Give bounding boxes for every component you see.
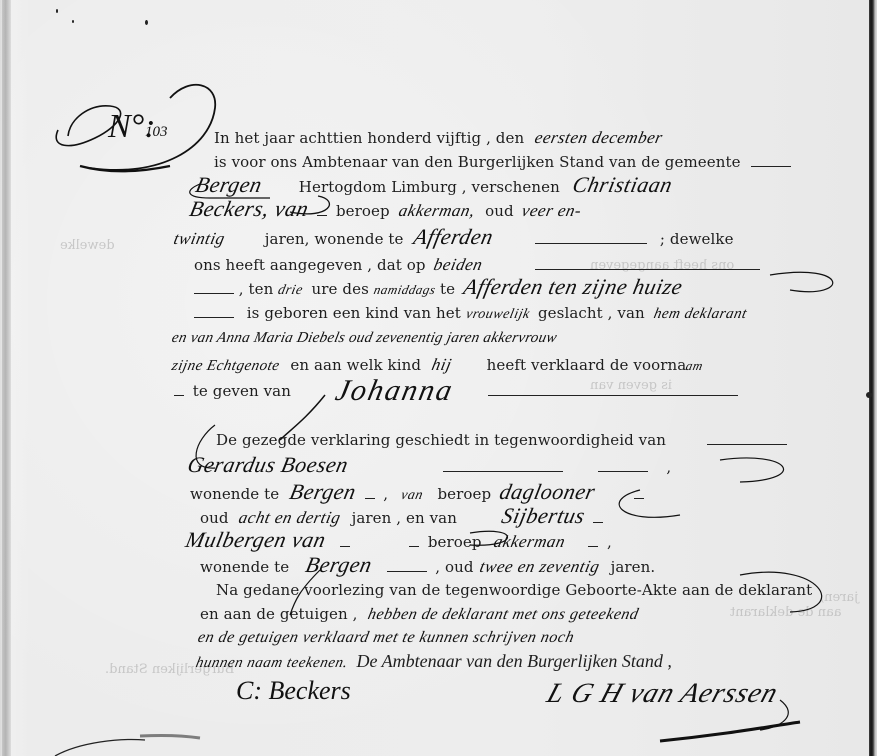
blank-line bbox=[488, 385, 738, 396]
handwritten-witness-1: Gerardus Boesen bbox=[186, 456, 410, 474]
text-line: en de getuigen verklaard met te kunnen s… bbox=[198, 628, 574, 647]
handwritten-witness-1-age: acht en dertig bbox=[237, 509, 342, 527]
text-line: wonende te Bergen , oud twee en zeventig… bbox=[200, 556, 655, 576]
handwritten-pronoun: hij bbox=[430, 356, 474, 374]
blank-line bbox=[387, 561, 427, 572]
text-line: De gezegde verklaring geschiedt in tegen… bbox=[216, 431, 787, 449]
show-through-text: jaren, bbox=[820, 590, 858, 605]
handwritten-father-surname: Beckers, van bbox=[188, 200, 310, 218]
handwritten-closing: hunnen naam teekenen. bbox=[194, 654, 350, 672]
handwritten-witness-2-occupation: akkerman bbox=[492, 533, 567, 551]
handwritten-date: eersten december bbox=[533, 129, 664, 147]
record-number: 103 bbox=[145, 124, 168, 141]
handwritten-residence: Afferden bbox=[412, 228, 526, 246]
text-line: , ten drie ure des namiddags te Afferden… bbox=[194, 278, 682, 300]
handwritten-witness-2-first-name: Sijbertus bbox=[500, 507, 587, 525]
text-line: Bergen Hertogdom Limburg , verschenen Ch… bbox=[196, 176, 672, 196]
handwritten-municipality: Bergen bbox=[194, 176, 288, 194]
signature-declarant: C: Beckers bbox=[236, 676, 351, 706]
blank-line bbox=[194, 283, 234, 294]
show-through-text: dewelke bbox=[60, 238, 115, 253]
ink-speck bbox=[56, 9, 58, 13]
handwritten-witness-1-occupation: daglooner bbox=[498, 483, 597, 501]
handwritten-birthplace: Afferden ten zijne huize bbox=[462, 278, 684, 296]
record-number-cartouche: N°: 103 bbox=[50, 78, 220, 178]
text-line: Gerardus Boesen , bbox=[188, 456, 671, 476]
blank-line bbox=[535, 233, 647, 244]
handwritten-spouse: zijne Echtgenote bbox=[170, 357, 281, 375]
text-line: zijne Echtgenote en aan welk kind hij he… bbox=[172, 356, 703, 375]
binding-gutter bbox=[2, 0, 11, 756]
blank-line bbox=[443, 461, 563, 472]
handwritten-occupation: akkerman, bbox=[397, 202, 477, 220]
page-edge bbox=[869, 0, 877, 756]
official-title: De Ambtenaar van den Burgerlijken Stand … bbox=[356, 651, 671, 671]
text-line: en van Anna Maria Diebels oud zevenentig… bbox=[172, 328, 557, 347]
handwritten-witness-2-age: twee en zeventig bbox=[479, 558, 602, 576]
text-line: oud acht en dertig jaren , en van Sijber… bbox=[200, 507, 607, 527]
text-line: ons heeft aangegeven , dat op beiden bbox=[194, 256, 760, 274]
text-line: Beckers, van beroep akkerman, oud veer e… bbox=[190, 200, 582, 220]
handwritten-sex: vrouwelijk bbox=[464, 306, 531, 324]
blank-line bbox=[535, 259, 760, 270]
handwritten-time-of-day: namiddags bbox=[372, 281, 437, 299]
show-through-text: aan de deklarant bbox=[730, 605, 842, 620]
text-line: In het jaar achttien honderd vijftig , d… bbox=[214, 129, 662, 147]
handwritten-witness-2-surname: Mulbergen van bbox=[184, 531, 327, 549]
text-line: is geboren een kind van het vrouwelijk g… bbox=[194, 304, 746, 324]
handwritten-age: twintig bbox=[172, 230, 256, 248]
blank-line bbox=[751, 156, 791, 167]
blank-line bbox=[707, 434, 787, 445]
scanned-document-page: dewelke is geven van Burgerlijken Stand.… bbox=[0, 0, 877, 756]
ink-speck bbox=[866, 392, 872, 398]
text-line: wonende te Bergen , van beroep daglooner bbox=[190, 483, 648, 505]
handwritten-witness-1-residence: Bergen bbox=[288, 483, 358, 501]
text-line: te geven van Johanna bbox=[174, 382, 738, 400]
handwritten-closing: hebben de deklarant met ons geteekend bbox=[366, 606, 640, 624]
handwritten-closing: en de getuigen verklaard met te kunnen s… bbox=[196, 629, 576, 647]
handwritten-witness-2-residence: Bergen bbox=[304, 556, 374, 574]
text-line: is voor ons Ambtenaar van den Burgerlijk… bbox=[214, 153, 791, 171]
ink-speck bbox=[72, 20, 74, 23]
blank-line bbox=[598, 461, 648, 472]
handwritten-age: veer en- bbox=[521, 202, 584, 220]
signature-official: L G H van Aerssen bbox=[543, 678, 782, 710]
text-line: Na gedane voorlezing van de tegenwoordig… bbox=[216, 581, 812, 599]
handwritten-father-first-name: Christiaan bbox=[571, 176, 674, 194]
handwritten-hour: drie bbox=[276, 282, 304, 300]
blank-line bbox=[194, 307, 234, 318]
text-line: Mulbergen van beroep akkerman , bbox=[186, 531, 612, 551]
handwritten-mother: en van Anna Maria Diebels oud zevenentig… bbox=[170, 329, 559, 347]
handwritten-day: beiden bbox=[432, 256, 526, 274]
handwritten-child-name: Johanna bbox=[334, 382, 455, 400]
text-line: en aan de getuigen , hebben de deklarant… bbox=[200, 605, 639, 624]
text-line: twintig jaren, wonende te Afferden ; dew… bbox=[174, 228, 734, 248]
ink-speck bbox=[145, 20, 148, 25]
handwritten-father-reference: hem deklarant bbox=[652, 305, 749, 323]
text-line: hunnen naam teekenen. De Ambtenaar van d… bbox=[196, 652, 672, 672]
